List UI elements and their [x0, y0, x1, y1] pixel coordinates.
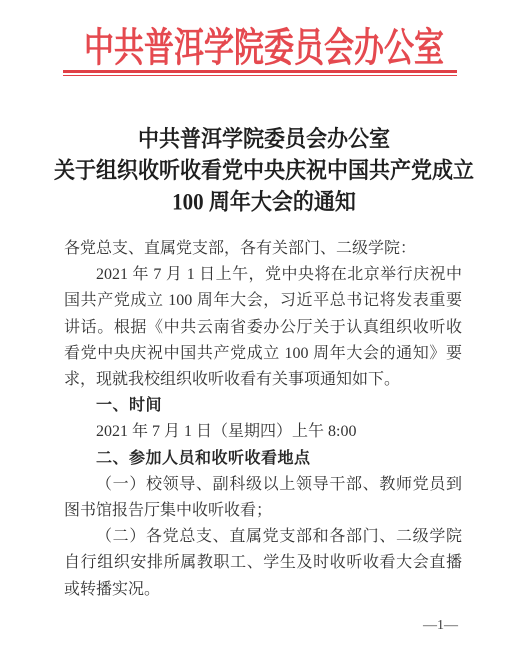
section-1-heading: 一、时间 — [64, 393, 462, 419]
paragraph-intro: 2021 年 7 月 1 日上午，党中央将在北京举行庆祝中国共产党成立 100 … — [64, 262, 462, 393]
section-2-item-2: （二）各党总支、直属党支部和各部门、二级学院自行组织安排所属教职工、学生及时收听… — [64, 524, 462, 603]
double-red-rule — [63, 70, 457, 76]
document-page: 中共普洱学院委员会办公室 中共普洱学院委员会办公室 关于组织收听收看党中央庆祝中… — [0, 0, 528, 645]
letterhead-org-name: 中共普洱学院委员会办公室 — [0, 15, 528, 73]
document-title-line3: 100 周年大会的通知 — [40, 187, 488, 218]
salutation: 各党总支、直属党支部，各有关部门、二级学院： — [64, 236, 462, 262]
document-title-line2: 关于组织收听收看党中央庆祝中国共产党成立 — [40, 155, 488, 186]
page-number: —1— — [423, 618, 458, 634]
section-2-item-1: （一）校领导、副科级以上领导干部、教师党员到图书馆报告厅集中收听收看； — [64, 472, 462, 524]
document-title-line1: 中共普洱学院委员会办公室 — [40, 124, 488, 155]
section-2-heading: 二、参加人员和收听收看地点 — [64, 446, 462, 472]
document-body: 各党总支、直属党支部，各有关部门、二级学院： 2021 年 7 月 1 日上午，… — [64, 236, 462, 603]
section-1-content: 2021 年 7 月 1 日（星期四）上午 8:00 — [64, 419, 462, 445]
document-title: 中共普洱学院委员会办公室 关于组织收听收看党中央庆祝中国共产党成立 100 周年… — [40, 124, 488, 218]
